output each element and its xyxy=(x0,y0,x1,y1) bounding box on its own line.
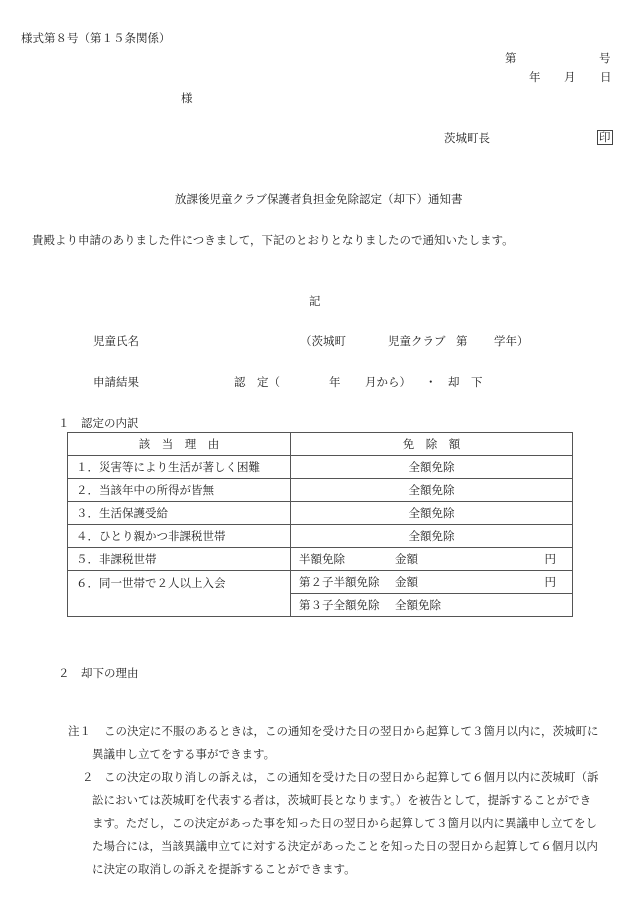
reason-cell: ６．同一世帯で２人以上入会 xyxy=(68,571,291,617)
note2-line2: 訟においては茨城町を代表する者は，茨城町長となります。）を被告として，提訴するこ… xyxy=(92,789,591,813)
number-suffix: 号 xyxy=(599,51,611,65)
section2-heading: ２ 却下の理由 xyxy=(58,666,139,680)
seal-icon: 印 xyxy=(597,130,613,145)
result-label: 申請結果 xyxy=(93,375,139,389)
club-town: （茨城町 xyxy=(300,334,346,348)
table-row: ２．当該年中の所得が皆無 全額免除 xyxy=(68,479,573,502)
addressee-suffix: 様 xyxy=(181,91,193,105)
reason-cell: １．災害等により生活が著しく困難 xyxy=(68,456,291,479)
column-header-reason: 該 当 理 由 xyxy=(68,433,291,456)
reason-cell: ４．ひとり親かつ非課税世帯 xyxy=(68,525,291,548)
amount-cell: 半額免除 金額 円 xyxy=(291,548,573,571)
amount-cell: 第３子全額免除 全額免除 xyxy=(291,594,573,617)
amount-cell: 全額免除 xyxy=(291,479,573,502)
date-month: 月 xyxy=(564,70,576,84)
section1-heading: １ 認定の内訳 xyxy=(58,416,139,430)
date-year: 年 xyxy=(529,70,541,84)
table-row: ６．同一世帯で２人以上入会 第２子半額免除 金額 円 xyxy=(68,571,573,594)
amount-label: 第３子全額免除 xyxy=(299,597,395,613)
amount-label: 第２子半額免除 xyxy=(299,574,395,590)
amount-field-label: 金額 xyxy=(395,574,545,590)
note2-line4: た場合には，当該異議申立てに対する決定があったことを知った日の翌日から起算して６… xyxy=(92,835,598,859)
amount-value: 全額免除 xyxy=(395,597,556,613)
amount-field-label: 金額 xyxy=(395,551,545,567)
table-row: １．災害等により生活が著しく困難 全額免除 xyxy=(68,456,573,479)
reason-cell: ３．生活保護受給 xyxy=(68,502,291,525)
club-name: 児童クラブ xyxy=(388,334,446,348)
amount-cell: 全額免除 xyxy=(291,502,573,525)
table-row: ４．ひとり親かつ非課税世帯 全額免除 xyxy=(68,525,573,548)
amount-label: 半額免除 xyxy=(299,551,395,567)
yen-unit: 円 xyxy=(545,574,557,590)
reason-cell: ５．非課税世帯 xyxy=(68,548,291,571)
date-day: 日 xyxy=(600,70,612,84)
note1-line1: この決定に不服のあるときは，この通知を受けた日の翌日から起算して３箇月以内に，茨… xyxy=(104,720,599,744)
result-separator: ・ xyxy=(425,375,437,389)
breakdown-table: 該 当 理 由 免 除 額 １．災害等により生活が著しく困難 全額免除 ２．当該… xyxy=(67,432,573,617)
grade-prefix: 第 xyxy=(456,334,468,348)
note1-label: 注１ xyxy=(68,720,91,744)
table-row: ３．生活保護受給 全額免除 xyxy=(68,502,573,525)
note2-line5: に決定の取消しの訴えを提訴することができます。 xyxy=(92,858,356,882)
table-row: ５．非課税世帯 半額免除 金額 円 xyxy=(68,548,573,571)
intro-text: 貴殿より申請のありました件につきまして，下記のとおりとなりましたので通知いたしま… xyxy=(32,233,514,247)
reason-cell: ２．当該年中の所得が皆無 xyxy=(68,479,291,502)
result-rejected: 却 下 xyxy=(448,375,483,389)
result-month-from: 月から） xyxy=(365,375,411,389)
document-title: 放課後児童クラブ保護者負担金免除認定（却下）通知書 xyxy=(175,192,463,206)
table-header-row: 該 当 理 由 免 除 額 xyxy=(68,433,573,456)
amount-cell: 全額免除 xyxy=(291,456,573,479)
result-year: 年 xyxy=(329,375,341,389)
amount-cell: 第２子半額免除 金額 円 xyxy=(291,571,573,594)
column-header-amount: 免 除 額 xyxy=(291,433,573,456)
amount-cell: 全額免除 xyxy=(291,525,573,548)
note2-line1: この決定の取り消しの訴えは，この通知を受けた日の翌日から起算して６個月以内に茨城… xyxy=(104,766,599,790)
issuer: 茨城町長 xyxy=(444,131,490,145)
note2-label: ２ xyxy=(82,766,94,790)
number-prefix: 第 xyxy=(505,51,517,65)
form-id: 様式第８号（第１５条関係） xyxy=(21,31,171,45)
note2-line3: ます。ただし，この決定があった事を知った日の翌日から起算して３箇月以内に異議申し… xyxy=(92,812,597,836)
result-approved: 認 定（ xyxy=(234,375,280,389)
grade-suffix: 学年） xyxy=(494,334,529,348)
note1-line2: 異議申し立てをする事ができます。 xyxy=(92,743,275,767)
seal-box: 印 xyxy=(597,130,613,145)
ki-heading: 記 xyxy=(309,294,321,308)
child-name-label: 児童氏名 xyxy=(93,334,139,348)
yen-unit: 円 xyxy=(545,551,557,567)
